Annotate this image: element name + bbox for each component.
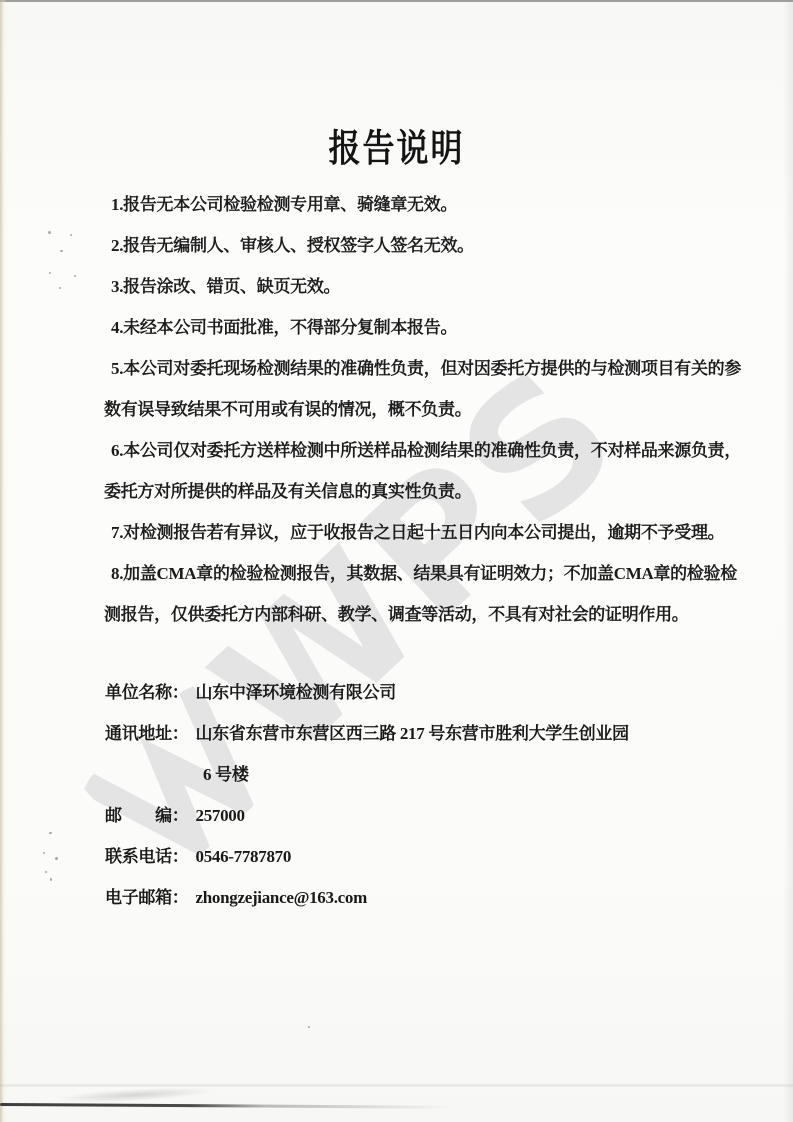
address-row: 通讯地址：山东省东营市东营区西三路 217 号东营市胜利大学生创业园: [105, 713, 755, 754]
scan-right-edge-shade: [783, 0, 793, 1122]
scan-speck: [45, 871, 47, 873]
scan-speck: [60, 250, 63, 252]
report-note-line-4: 4.未经本公司书面批准，不得部分复制本报告。: [104, 307, 764, 348]
address-value: 山东省东营市东营区西三路 217 号东营市胜利大学生创业园: [196, 724, 629, 743]
report-note-line-7: 7.对检测报告若有异议，应于收报告之日起十五日内向本公司提出，逾期不予受理。: [104, 512, 764, 553]
address-row-line2: 6 号楼: [105, 754, 755, 795]
company-name-row: 单位名称：山东中泽环境检测有限公司: [105, 672, 755, 713]
scan-speck: [43, 852, 45, 854]
scan-speck: [48, 231, 51, 234]
company-name-value: 山东中泽环境检测有限公司: [196, 683, 396, 702]
report-note-line-2: 2.报告无编制人、审核人、授权签字人签名无效。: [104, 225, 764, 266]
report-note-line-5b: 数有误导致结果不可用或有误的情况，概不负责。: [104, 389, 764, 430]
scan-bottom-band: [0, 1084, 793, 1087]
scan-speck: [308, 1026, 310, 1028]
report-note-line-1: 1.报告无本公司检验检测专用章、骑缝章无效。: [104, 184, 764, 225]
scan-speck: [49, 272, 51, 274]
address-label: 通讯地址：: [105, 724, 189, 743]
postcode-row: 邮 编：257000: [105, 795, 755, 836]
scan-speck: [70, 234, 72, 236]
report-notes: 1.报告无本公司检验检测专用章、骑缝章无效。 2.报告无编制人、审核人、授权签字…: [104, 184, 764, 635]
scan-smudge: [55, 1085, 215, 1105]
scan-bottom-edge-line: [0, 1103, 455, 1109]
scan-speck: [49, 832, 52, 834]
report-note-line-8b: 测报告，仅供委托方内部科研、教学、调查等活动，不具有对社会的证明作用。: [104, 594, 764, 635]
scan-speck: [55, 857, 58, 860]
document-title: 报告说明: [0, 129, 793, 167]
report-note-line-3: 3.报告涂改、错页、缺页无效。: [104, 266, 764, 307]
postcode-label: 邮 编：: [105, 806, 189, 825]
report-note-line-8: 8.加盖CMA章的检验检测报告，其数据、结果具有证明效力；不加盖CMA章的检验检: [104, 553, 764, 594]
scan-speck: [59, 287, 61, 289]
phone-value: 0546-7787870: [196, 847, 292, 866]
scan-top-edge-line: [0, 0, 793, 2]
phone-row: 联系电话：0546-7787870: [105, 836, 755, 877]
scanned-report-page: WPS 报告说明 1.报告无本公司检验检测专用章、骑缝章无效。 2.报告无编制人…: [0, 0, 793, 1122]
email-row: 电子邮箱：zhongzejiance@163.com: [105, 877, 755, 918]
email-value: zhongzejiance@163.com: [196, 888, 367, 907]
scan-speck: [50, 878, 52, 881]
report-note-line-6: 6.本公司仅对委托方送样检测中所送样品检测结果的准确性负责，不对样品来源负责，: [104, 430, 764, 471]
contact-info: 单位名称：山东中泽环境检测有限公司 通讯地址：山东省东营市东营区西三路 217 …: [105, 672, 755, 918]
postcode-value: 257000: [196, 806, 245, 825]
phone-label: 联系电话：: [105, 847, 189, 866]
scan-speck: [74, 275, 76, 277]
report-note-line-5: 5.本公司对委托现场检测结果的准确性负责，但对因委托方提供的与检测项目有关的参: [104, 348, 764, 389]
scan-left-edge-strip: [0, 0, 7, 1122]
report-note-line-6b: 委托方对所提供的样品及有关信息的真实性负责。: [104, 471, 764, 512]
address-value-line2: 6 号楼: [203, 765, 249, 784]
email-label: 电子邮箱：: [105, 888, 189, 907]
company-name-label: 单位名称：: [105, 683, 189, 702]
